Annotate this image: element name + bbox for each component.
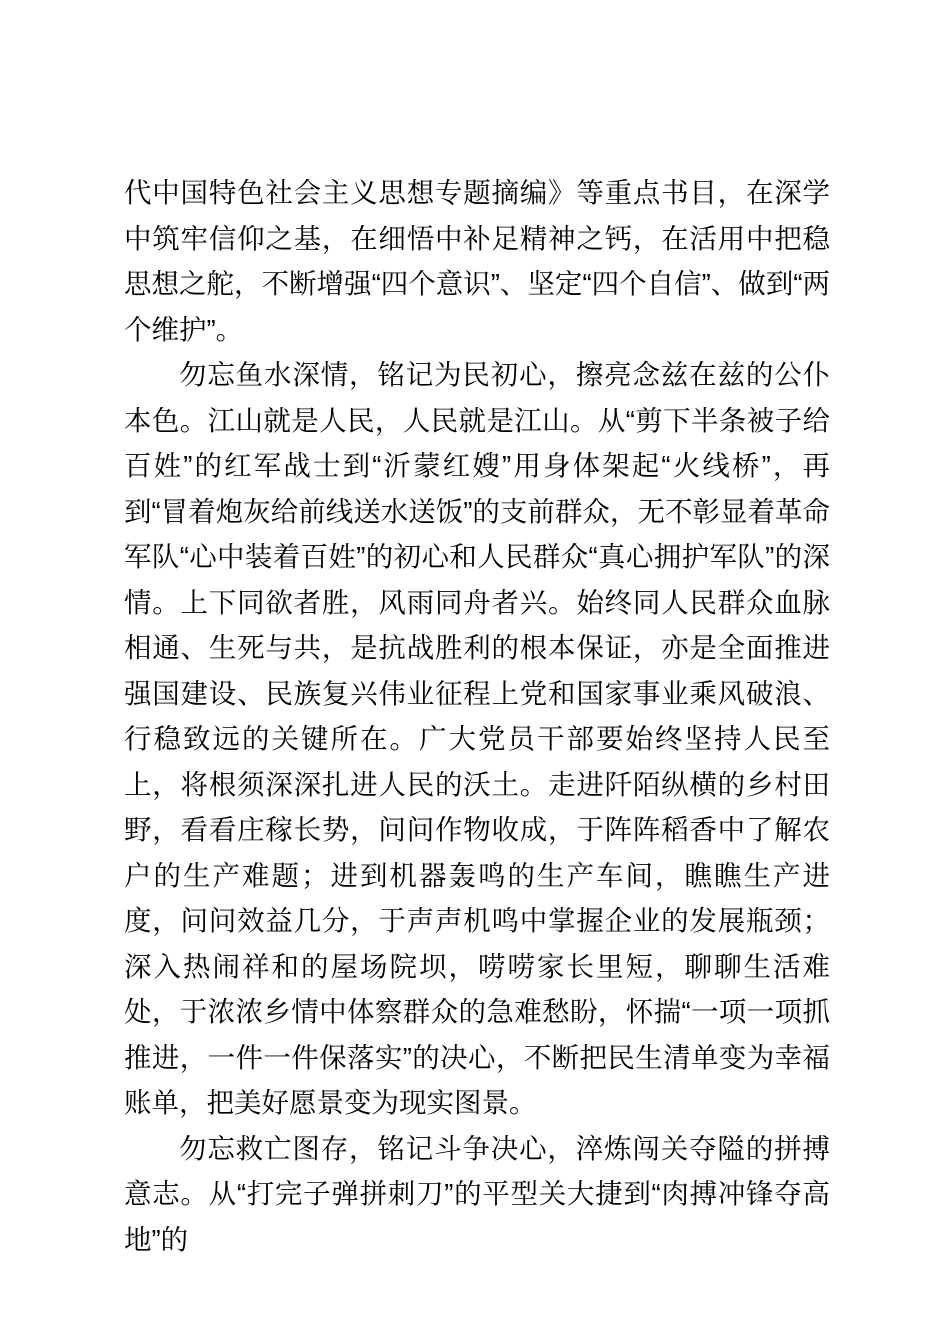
document-page: 代中国特色社会主义思想专题摘编》等重点书目，在深学中筑牢信仰之基，在细悟中补足精… (0, 0, 950, 1344)
document-body-text: 代中国特色社会主义思想专题摘编》等重点书目，在深学中筑牢信仰之基，在细悟中补足精… (124, 170, 830, 1262)
paragraph-remember-struggle-resolve: 勿忘救亡图存，铭记斗争决心，淬炼闯关夺隘的拼搏意志。从“打完子弹拼刺刀”的平型关… (124, 1126, 830, 1263)
paragraph-remember-people-devotion: 勿忘鱼水深情，铭记为民初心，擦亮念兹在兹的公仆本色。江山就是人民，人民就是江山。… (124, 352, 830, 1126)
paragraph-continuation: 代中国特色社会主义思想专题摘编》等重点书目，在深学中筑牢信仰之基，在细悟中补足精… (124, 170, 830, 352)
